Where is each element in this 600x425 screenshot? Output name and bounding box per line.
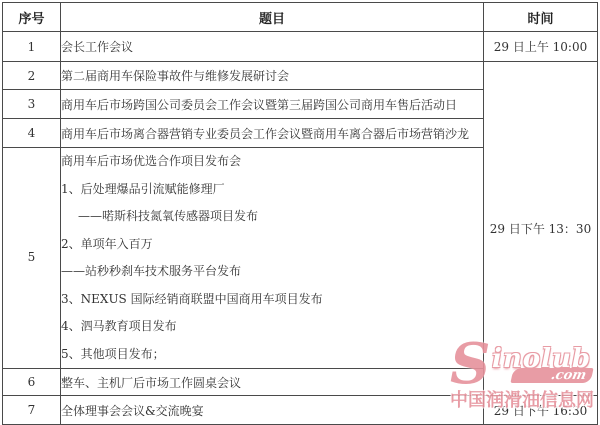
col-header-no: 序号 — [3, 3, 61, 32]
cell-title-7: 全体理事会会议&交流晚宴 — [61, 396, 484, 425]
cell-title-6: 整车、主机厂后市场工作圆桌会议 — [61, 369, 484, 396]
agenda-line-item2-detail: ——站秒秒刹车技术服务平台发布 — [61, 258, 483, 286]
cell-no-4: 4 — [3, 119, 61, 148]
cell-no-1: 1 — [3, 32, 61, 62]
agenda-line-item3: 3、NEXUS 国际经销商联盟中国商用车项目发布 — [61, 286, 483, 314]
cell-time-7: 29 日下午 16:30 — [484, 396, 598, 425]
cell-no-2: 2 — [3, 62, 61, 90]
cell-time-afternoon-merged: 29 日下午 13：30 — [484, 62, 598, 396]
agenda-line-item1: 1、后处理爆品引流赋能修理厂 — [61, 176, 483, 204]
agenda-line-item5: 5、其他项目发布； — [61, 341, 483, 369]
agenda-line-main: 商用车后市场优选合作项目发布会 — [61, 148, 483, 176]
table-row-7: 7 全体理事会会议&交流晚宴 29 日下午 16:30 — [3, 396, 598, 425]
table-row-1: 1 会长工作会议 29 日上午 10:00 — [3, 32, 598, 62]
cell-no-6: 6 — [3, 369, 61, 396]
table-row-2: 2 第二届商用车保险事故件与维修发展研讨会 29 日下午 13：30 — [3, 62, 598, 90]
cell-no-5: 5 — [3, 148, 61, 369]
col-header-title: 题目 — [61, 3, 484, 32]
col-header-time: 时间 — [484, 3, 598, 32]
cell-no-3: 3 — [3, 90, 61, 119]
agenda-table: 序号 题目 时间 1 会长工作会议 29 日上午 10:00 2 第二届商用车保… — [2, 2, 598, 425]
cell-no-7: 7 — [3, 396, 61, 425]
agenda-line-item1-detail: ——喏斯科技氮氧传感器项目发布 — [61, 203, 483, 231]
cell-title-3: 商用车后市场跨国公司委员会工作会议暨第三届跨国公司商用车售后活动日 — [61, 90, 484, 119]
cell-time-1: 29 日上午 10:00 — [484, 32, 598, 62]
cell-title-4: 商用车后市场离合器营销专业委员会工作会议暨商用车离合器后市场营销沙龙 — [61, 119, 484, 148]
cell-title-5: 商用车后市场优选合作项目发布会 1、后处理爆品引流赋能修理厂 ——喏斯科技氮氧传… — [61, 148, 484, 369]
schedule-page: 序号 题目 时间 1 会长工作会议 29 日上午 10:00 2 第二届商用车保… — [0, 0, 600, 425]
cell-title-1: 会长工作会议 — [61, 32, 484, 62]
table-header-row: 序号 题目 时间 — [3, 3, 598, 32]
cell-title-2: 第二届商用车保险事故件与维修发展研讨会 — [61, 62, 484, 90]
agenda-line-item4: 4、泗马教育项目发布 — [61, 313, 483, 341]
agenda-line-item2: 2、单项年入百万 — [61, 231, 483, 259]
